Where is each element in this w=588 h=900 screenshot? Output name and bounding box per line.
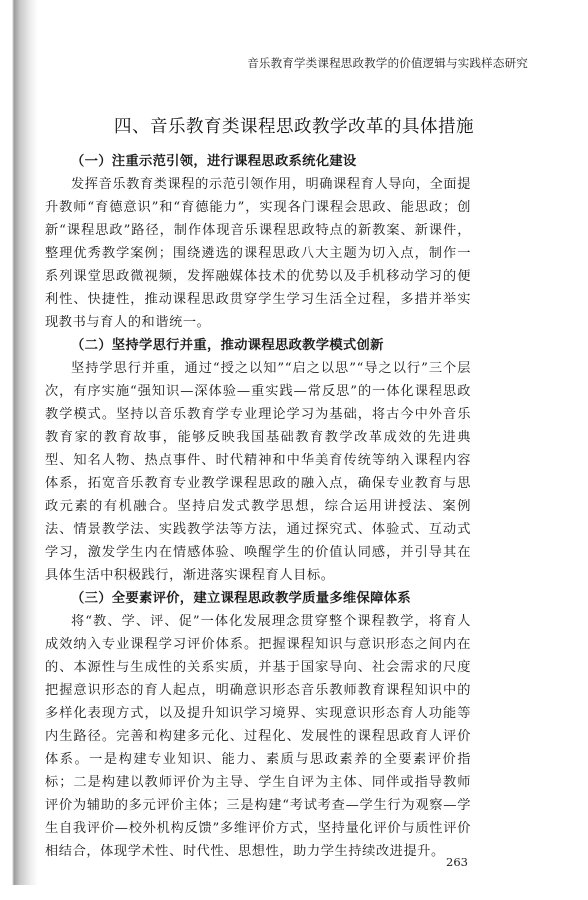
subsection-2: （二）坚持学思行并重，推动课程思政教学模式创新 坚持学思行并重，通过“授之以知”…: [45, 334, 471, 587]
paragraph: 将“教、学、评、促”一体化发展理念贯穿整个课程教学，将育人成效纳入专业课程学习评…: [45, 610, 471, 863]
running-header: 音乐教育学类课程思政教学的价值逻辑与实践样态研究: [247, 55, 528, 71]
subsection-heading: （一）注重示范引领，进行课程思政系统化建设: [45, 150, 471, 173]
page-bottom-margin: [0, 885, 588, 900]
paragraph: 坚持学思行并重，通过“授之以知”“启之以思”“导之以行”三个层次，有序实施“强知…: [45, 357, 471, 587]
section-title: 四、音乐教育类课程思政教学改革的具体措施: [0, 113, 588, 138]
body-text: （一）注重示范引领，进行课程思政系统化建设 发挥音乐教育类课程的示范引领作用，明…: [45, 150, 471, 863]
page-number: 263: [446, 855, 468, 869]
subsection-heading: （三）全要素评价，建立课程思政教学质量多维保障体系: [45, 587, 471, 610]
paragraph: 发挥音乐教育类课程的示范引领作用，明确课程育人导向，全面提升教师“育德意识”和“…: [45, 173, 471, 334]
subsection-heading: （二）坚持学思行并重，推动课程思政教学模式创新: [45, 334, 471, 357]
subsection-1: （一）注重示范引领，进行课程思政系统化建设 发挥音乐教育类课程的示范引领作用，明…: [45, 150, 471, 334]
subsection-3: （三）全要素评价，建立课程思政教学质量多维保障体系 将“教、学、评、促”一体化发…: [45, 587, 471, 863]
